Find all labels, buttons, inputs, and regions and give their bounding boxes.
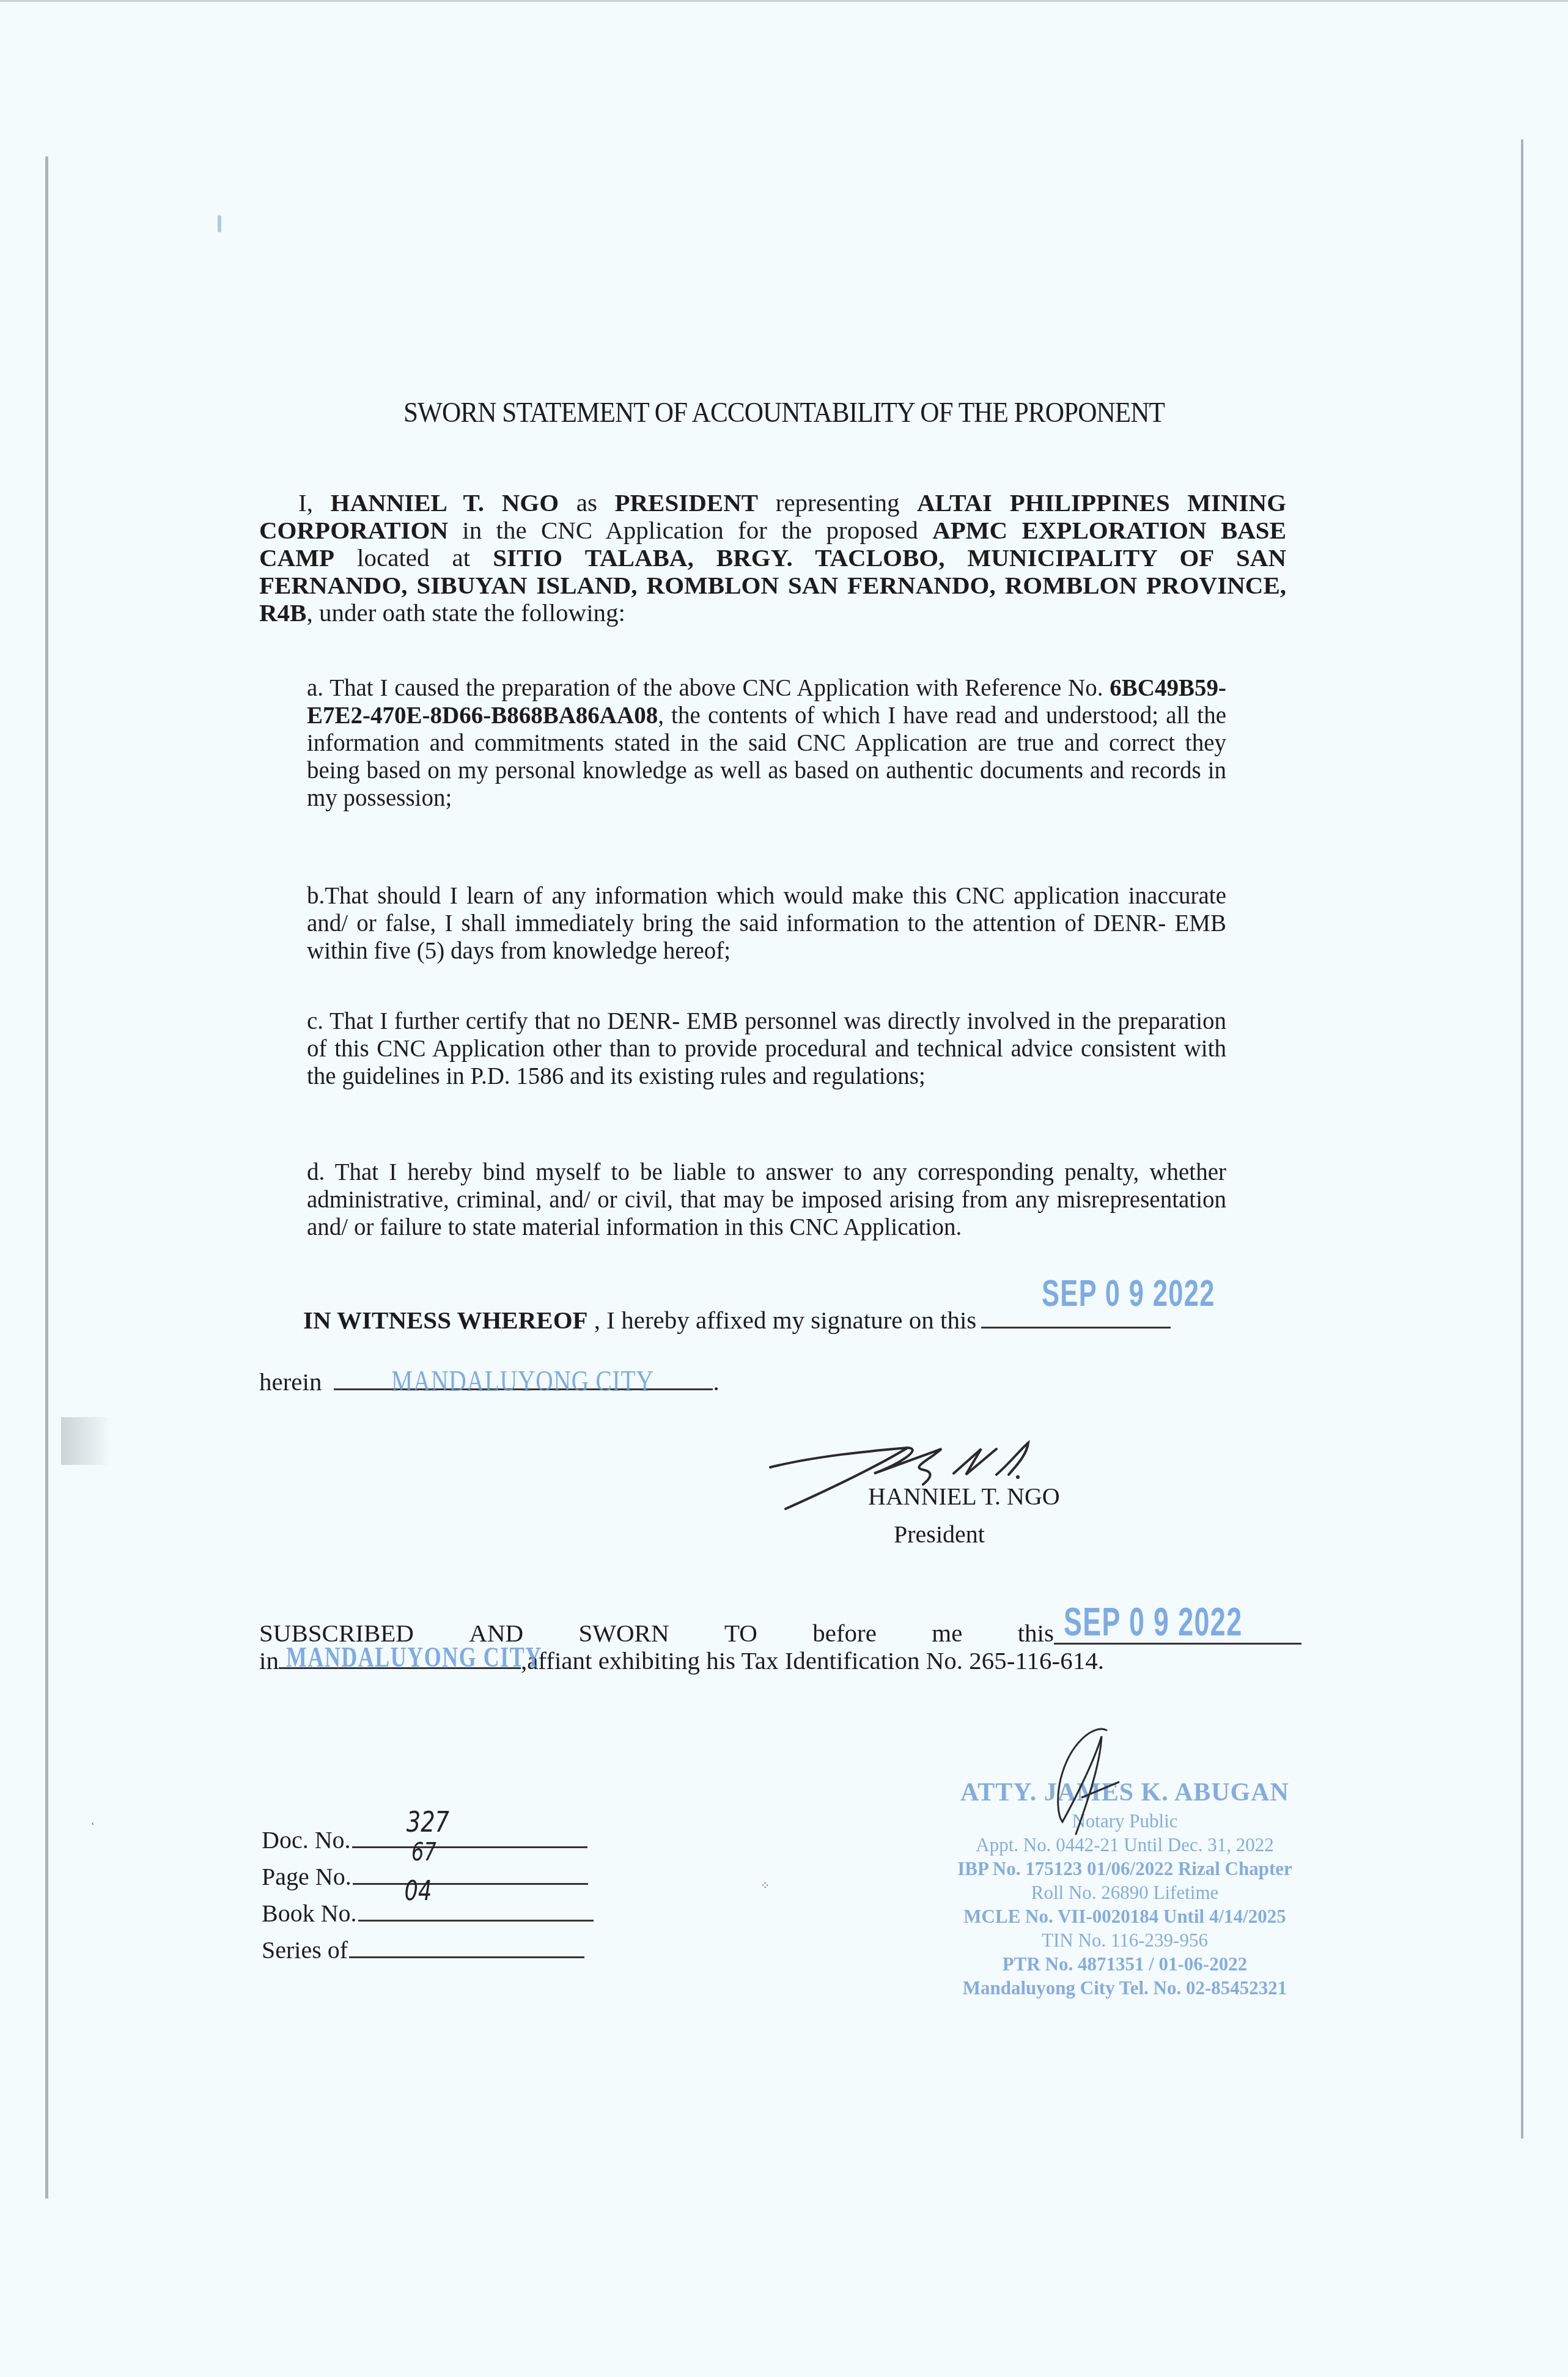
- herein-end: .: [713, 1368, 719, 1396]
- statement-item-a: a. That I caused the preparation of the …: [307, 674, 1226, 812]
- book-no-label: Book No.: [262, 1900, 357, 1927]
- item-a-text: a. That I caused the preparation of the …: [307, 675, 1110, 701]
- page-border-left: [45, 157, 48, 2198]
- place-stamp-witness: MANDALUYONG CITY: [391, 1365, 654, 1398]
- proponent-position: PRESIDENT: [614, 488, 758, 517]
- page-no-value: 67: [411, 1834, 436, 1871]
- notarial-registry: Doc. No. 327 Page No. 67 Book No. 04 Ser…: [262, 1822, 594, 1969]
- date-blank: [981, 1308, 1171, 1329]
- jurat-tin-text: ,affiant exhibiting his Tax Identificati…: [521, 1646, 1104, 1675]
- scan-smudge: [61, 1417, 110, 1465]
- notary-tin: TIN No. 116-239-956: [954, 1928, 1296, 1952]
- notary-city-tel: Mandaluyong City Tel. No. 02-85452321: [954, 1976, 1296, 2000]
- doc-no-label: Doc. No.: [262, 1826, 351, 1854]
- jurat-word: SWORN: [578, 1620, 669, 1647]
- ink-speck: [218, 215, 221, 232]
- jurat-word: this: [1018, 1620, 1054, 1647]
- page-no-label: Page No.: [262, 1863, 352, 1890]
- jurat-in-label: in: [259, 1646, 279, 1675]
- series-label: Series of: [262, 1936, 348, 1964]
- witness-clause: IN WITNESS WHEREOF , I hereby affixed my…: [303, 1305, 1171, 1335]
- scan-edge-top: [0, 0, 1568, 2]
- intro-paragraph: I, HANNIEL T. NGO as PRESIDENT represent…: [259, 489, 1286, 627]
- doc-no-blank: [352, 1828, 587, 1848]
- jurat-date-blank: [1054, 1643, 1301, 1645]
- book-no-value: 04: [405, 1873, 432, 1910]
- intro-text: , under oath state the following:: [306, 599, 625, 627]
- page-border-right: [1521, 139, 1523, 2139]
- page-no-blank: [353, 1865, 588, 1885]
- statement-item-c: c. That I further certify that no DENR- …: [307, 1008, 1226, 1090]
- witness-text: , I hereby affixed my signature on this: [588, 1306, 977, 1334]
- witness-lead: IN WITNESS WHEREOF: [303, 1306, 588, 1334]
- intro-text: in the CNC Application for the proposed: [448, 516, 932, 544]
- notary-mcle: MCLE No. VII-0020184 Until 4/14/2025: [954, 1904, 1296, 1928]
- place-stamp-jurat: MANDALUYONG CITY: [286, 1641, 542, 1673]
- signatory-title: President: [894, 1520, 985, 1549]
- intro-text: located at: [334, 544, 493, 572]
- statement-item-b: b.That should I learn of any information…: [307, 882, 1226, 965]
- notary-signature: [1033, 1724, 1143, 1840]
- notary-ptr: PTR No. 4871351 / 01-06-2022: [954, 1952, 1296, 1976]
- intro-text: I,: [298, 488, 331, 517]
- jurat-word: before: [812, 1620, 877, 1647]
- document-title: SWORN STATEMENT OF ACCOUNTABILITY OF THE…: [47, 396, 1521, 429]
- signatory-name: HANNIEL T. NGO: [868, 1482, 1060, 1511]
- proponent-name: HANNIEL T. NGO: [331, 488, 559, 517]
- intro-text: as: [559, 488, 614, 517]
- statement-item-d: d. That I hereby bind myself to be liabl…: [307, 1159, 1226, 1241]
- herein-label: herein: [259, 1368, 322, 1396]
- series-blank: [349, 1938, 584, 1958]
- registry-book-row: Book No. 04: [262, 1895, 594, 1932]
- ink-speck: ⁘: [760, 1879, 770, 1892]
- notary-roll: Roll No. 26890 Lifetime: [954, 1881, 1296, 1904]
- book-no-blank: [358, 1901, 594, 1922]
- jurat-word: me: [932, 1620, 962, 1647]
- ink-speck: ʿ: [90, 1819, 95, 1835]
- registry-series-row: Series of: [262, 1932, 594, 1969]
- notary-ibp: IBP No. 175123 01/06/2022 Rizal Chapter: [954, 1857, 1296, 1881]
- intro-text: representing: [758, 488, 917, 517]
- jurat-word: TO: [724, 1620, 757, 1647]
